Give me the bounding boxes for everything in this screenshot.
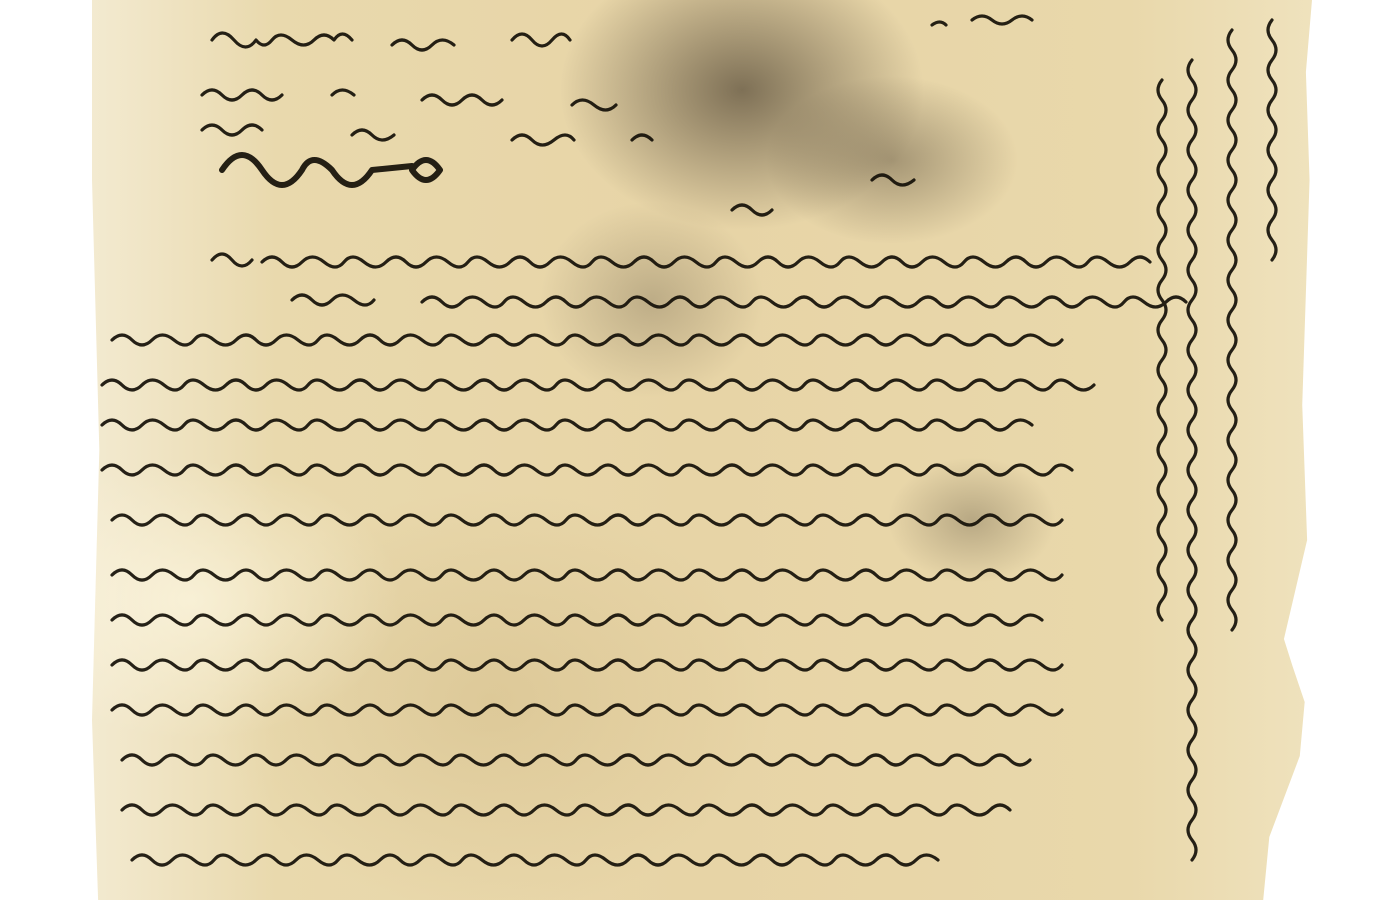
handwritten-text [92, 0, 1312, 900]
manuscript-page: Cursive Hebrew-script handwriting in bla… [0, 0, 1400, 900]
